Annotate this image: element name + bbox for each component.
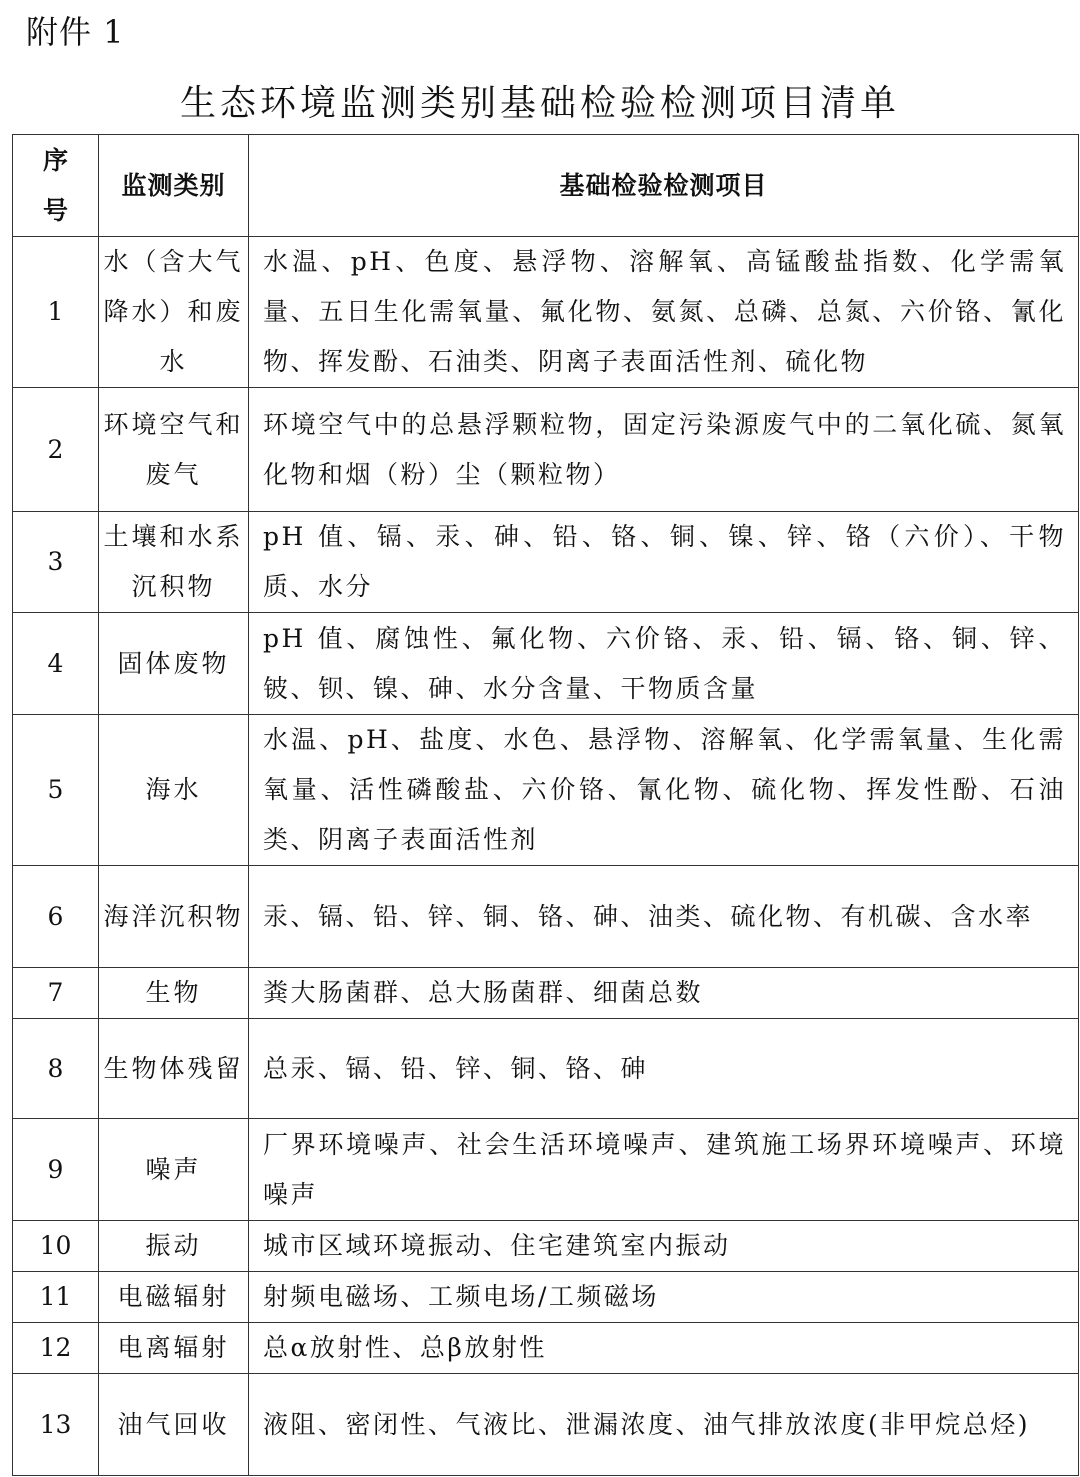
row-number: 2 (13, 388, 99, 512)
row-items: 城市区域环境振动、住宅建筑室内振动 (249, 1221, 1079, 1272)
header-serial-line2: 号 (13, 186, 98, 236)
row-category: 水（含大气降水）和废水 (99, 237, 249, 388)
table-header-row: 序 号 监测类别 基础检验检测项目 (13, 135, 1079, 237)
row-items: pH 值、腐蚀性、氟化物、六价铬、汞、铅、镉、铬、铜、锌、铍、钡、镍、砷、水分含… (249, 613, 1079, 715)
row-items: 射频电磁场、工频电场/工频磁场 (249, 1272, 1079, 1323)
row-number: 5 (13, 715, 99, 866)
attachment-label: 附件 1 (26, 10, 125, 54)
header-category: 监测类别 (99, 135, 249, 237)
row-items: pH 值、镉、汞、砷、铅、铬、铜、镍、锌、铬（六价）、干物质、水分 (249, 512, 1079, 613)
row-items: 液阻、密闭性、气液比、泄漏浓度、油气排放浓度(非甲烷总烃) (249, 1374, 1079, 1476)
table-row: 1 水（含大气降水）和废水 水温、pH、色度、悬浮物、溶解氧、高锰酸盐指数、化学… (13, 237, 1079, 388)
row-category: 噪声 (99, 1119, 249, 1221)
row-number: 6 (13, 866, 99, 968)
table-row: 5 海水 水温、pH、盐度、水色、悬浮物、溶解氧、化学需氧量、生化需氧量、活性磷… (13, 715, 1079, 866)
row-items: 环境空气中的总悬浮颗粒物，固定污染源废气中的二氧化硫、氮氧化物和烟（粉）尘（颗粒… (249, 388, 1079, 512)
row-number: 8 (13, 1019, 99, 1119)
document-title: 生态环境监测类别基础检验检测项目清单 (0, 80, 1080, 128)
row-category: 海洋沉积物 (99, 866, 249, 968)
row-category: 振动 (99, 1221, 249, 1272)
row-number: 12 (13, 1323, 99, 1374)
row-category: 生物体残留 (99, 1019, 249, 1119)
header-items: 基础检验检测项目 (249, 135, 1079, 237)
row-number: 13 (13, 1374, 99, 1476)
header-serial-number: 序 号 (13, 135, 99, 237)
table-row: 3 土壤和水系沉积物 pH 值、镉、汞、砷、铅、铬、铜、镍、锌、铬（六价）、干物… (13, 512, 1079, 613)
table-row: 10 振动 城市区域环境振动、住宅建筑室内振动 (13, 1221, 1079, 1272)
table-row: 2 环境空气和废气 环境空气中的总悬浮颗粒物，固定污染源废气中的二氧化硫、氮氧化… (13, 388, 1079, 512)
row-number: 7 (13, 968, 99, 1019)
row-category: 土壤和水系沉积物 (99, 512, 249, 613)
row-items: 汞、镉、铅、锌、铜、铬、砷、油类、硫化物、有机碳、含水率 (249, 866, 1079, 968)
row-items: 厂界环境噪声、社会生活环境噪声、建筑施工场界环境噪声、环境噪声 (249, 1119, 1079, 1221)
row-category: 生物 (99, 968, 249, 1019)
row-items: 水温、pH、色度、悬浮物、溶解氧、高锰酸盐指数、化学需氧量、五日生化需氧量、氟化… (249, 237, 1079, 388)
monitoring-items-table: 序 号 监测类别 基础检验检测项目 1 水（含大气降水）和废水 水温、pH、色度… (12, 134, 1079, 1476)
row-number: 11 (13, 1272, 99, 1323)
row-items: 粪大肠菌群、总大肠菌群、细菌总数 (249, 968, 1079, 1019)
row-category: 海水 (99, 715, 249, 866)
row-number: 3 (13, 512, 99, 613)
row-category: 油气回收 (99, 1374, 249, 1476)
row-number: 1 (13, 237, 99, 388)
row-number: 4 (13, 613, 99, 715)
row-category: 电磁辐射 (99, 1272, 249, 1323)
row-items: 水温、pH、盐度、水色、悬浮物、溶解氧、化学需氧量、生化需氧量、活性磷酸盐、六价… (249, 715, 1079, 866)
header-serial-line1: 序 (13, 136, 98, 186)
row-items: 总α放射性、总β放射性 (249, 1323, 1079, 1374)
table-row: 7 生物 粪大肠菌群、总大肠菌群、细菌总数 (13, 968, 1079, 1019)
row-category: 电离辐射 (99, 1323, 249, 1374)
table-row: 4 固体废物 pH 值、腐蚀性、氟化物、六价铬、汞、铅、镉、铬、铜、锌、铍、钡、… (13, 613, 1079, 715)
row-category: 环境空气和废气 (99, 388, 249, 512)
table-row: 12 电离辐射 总α放射性、总β放射性 (13, 1323, 1079, 1374)
table-row: 8 生物体残留 总汞、镉、铅、锌、铜、铬、砷 (13, 1019, 1079, 1119)
table-row: 6 海洋沉积物 汞、镉、铅、锌、铜、铬、砷、油类、硫化物、有机碳、含水率 (13, 866, 1079, 968)
row-items: 总汞、镉、铅、锌、铜、铬、砷 (249, 1019, 1079, 1119)
table-row: 13 油气回收 液阻、密闭性、气液比、泄漏浓度、油气排放浓度(非甲烷总烃) (13, 1374, 1079, 1476)
row-number: 9 (13, 1119, 99, 1221)
row-number: 10 (13, 1221, 99, 1272)
row-category: 固体废物 (99, 613, 249, 715)
table-row: 9 噪声 厂界环境噪声、社会生活环境噪声、建筑施工场界环境噪声、环境噪声 (13, 1119, 1079, 1221)
table-row: 11 电磁辐射 射频电磁场、工频电场/工频磁场 (13, 1272, 1079, 1323)
